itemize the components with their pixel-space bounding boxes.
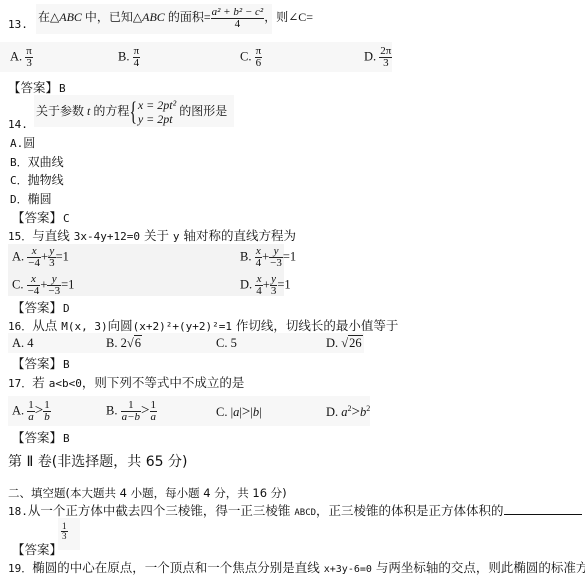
answer-label: 【答案】 <box>12 540 62 558</box>
option-d: D. 2π3 <box>364 46 392 69</box>
option-c: C．抛物线 <box>10 171 64 188</box>
option-c: C. 5 <box>216 336 237 351</box>
question-number: 14. <box>8 118 28 131</box>
answer: 【答案】B <box>12 354 70 372</box>
question-stem: 17．若 a<b<0，则下列不等式中不成立的是 <box>8 373 244 391</box>
equation-system: x = 2pt²y = 2pt <box>138 98 176 126</box>
part-title: 二、填空题(本大题共 4 小题，每小题 4 分，共 16 分) <box>8 485 287 501</box>
option-b: B. 2√6 <box>106 336 142 351</box>
option-b: B. π4 <box>118 46 140 69</box>
answer: 【答案】D <box>12 298 70 316</box>
question-stem: 18.从一个正方体中截去四个三棱锥，得一正三棱锥 ABCD，正三棱锥的体积是正方… <box>8 501 582 519</box>
scanned-options-background <box>0 42 392 72</box>
area-fraction: a² + b² − c²4 <box>211 7 265 30</box>
answer: 【答案】C <box>12 208 70 226</box>
option-d: D. a2>b2 <box>326 404 370 421</box>
answer: 【答案】B <box>12 428 70 446</box>
option-b: B. 1a−b>1a <box>106 400 157 423</box>
question-19-stem: 19．椭圆的中心在原点，一个顶点和一个焦点分别是直线 x+3y-6=0 与两坐标… <box>8 558 585 576</box>
option-d: D. √26 <box>326 336 363 351</box>
scanned-options-background <box>8 396 370 426</box>
answer-fraction: 13 <box>61 522 68 541</box>
scanned-options-background <box>8 333 364 353</box>
option-d: D．椭圆 <box>10 190 52 207</box>
option-a: A.圆 <box>10 134 35 151</box>
answer: 【答案】B <box>8 78 66 96</box>
option-c: C. x−4+y−3=1 <box>12 274 74 297</box>
option-a: A. π3 <box>10 46 33 69</box>
answer-blank <box>504 503 582 515</box>
question-stem: 在△ABC 中，已知△ABC 的面积=a² + b² − c²4，则∠C= <box>38 6 313 30</box>
question-stem: 关于参数 t 的方程{x = 2pt²y = 2pt 的图形是 <box>36 97 227 126</box>
option-c: C. |a|>|b| <box>216 404 262 421</box>
question-stem: 15．与直线 3x-4y+12=0 关于 y 轴对称的直线方程为 <box>8 226 296 244</box>
option-a: A. x−4+y3=1 <box>12 246 69 269</box>
question-stem: 16．从点 M(x, 3)向圆(x+2)²+(y+2)²=1 作切线，切线长的最… <box>8 316 398 334</box>
option-b: B．双曲线 <box>10 153 64 170</box>
option-c: C. π6 <box>240 46 262 69</box>
brace-icon: { <box>130 99 137 125</box>
option-a: A. 4 <box>12 336 34 351</box>
option-d: D. x4+y3=1 <box>240 274 291 297</box>
option-b: B. x4+y−3=1 <box>240 246 296 269</box>
section-title: 第 Ⅱ 卷(非选择题，共 65 分) <box>8 451 187 471</box>
question-number: 13. <box>8 18 28 31</box>
option-a: A. 1a>1b <box>12 400 51 423</box>
